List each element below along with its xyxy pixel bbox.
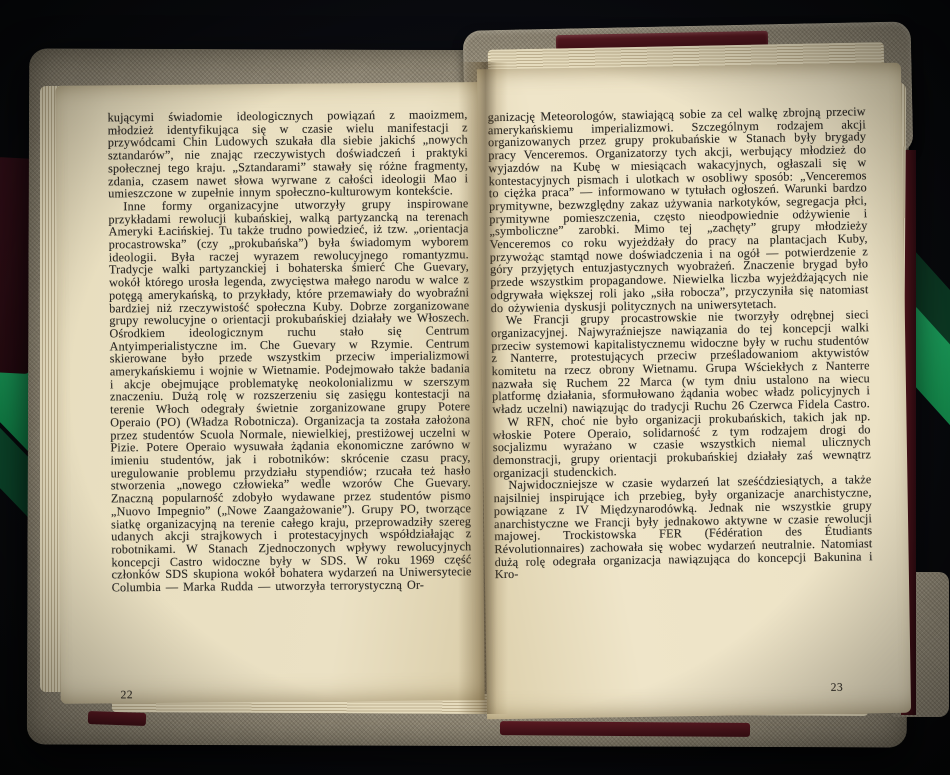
- page-paragraph: Inne formy organizacyjne utworzyły grupy…: [108, 197, 471, 594]
- page-paragraph: ganizację Meteorologów, stawiającą sobie…: [488, 105, 869, 314]
- left-page: kującymi świadomie ideologicznych powiąz…: [55, 82, 484, 704]
- cover-leather-edge-bottom-left: [88, 711, 146, 726]
- page-paragraph: We Francji grupy procastrowskie nie twor…: [491, 308, 871, 416]
- right-page-text: ganizację Meteorologów, stawiającą sobie…: [488, 105, 873, 581]
- page-number: 22: [121, 689, 134, 701]
- left-page-text: kującymi świadomie ideologicznych powiąz…: [108, 108, 472, 594]
- page-number: 23: [831, 682, 844, 694]
- page-paragraph: kującymi świadomie ideologicznych powiąz…: [108, 108, 469, 200]
- photo-background: kującymi świadomie ideologicznych powiąz…: [0, 0, 950, 775]
- right-page: ganizację Meteorologów, stawiającą sobie…: [477, 63, 911, 720]
- page-paragraph: W RFN, choć nie było organizacji prokuba…: [492, 410, 871, 479]
- page-paragraph: Najwidoczniejsze w czasie wydarzeń lat s…: [493, 474, 873, 582]
- cover-leather-edge-bottom: [500, 721, 750, 737]
